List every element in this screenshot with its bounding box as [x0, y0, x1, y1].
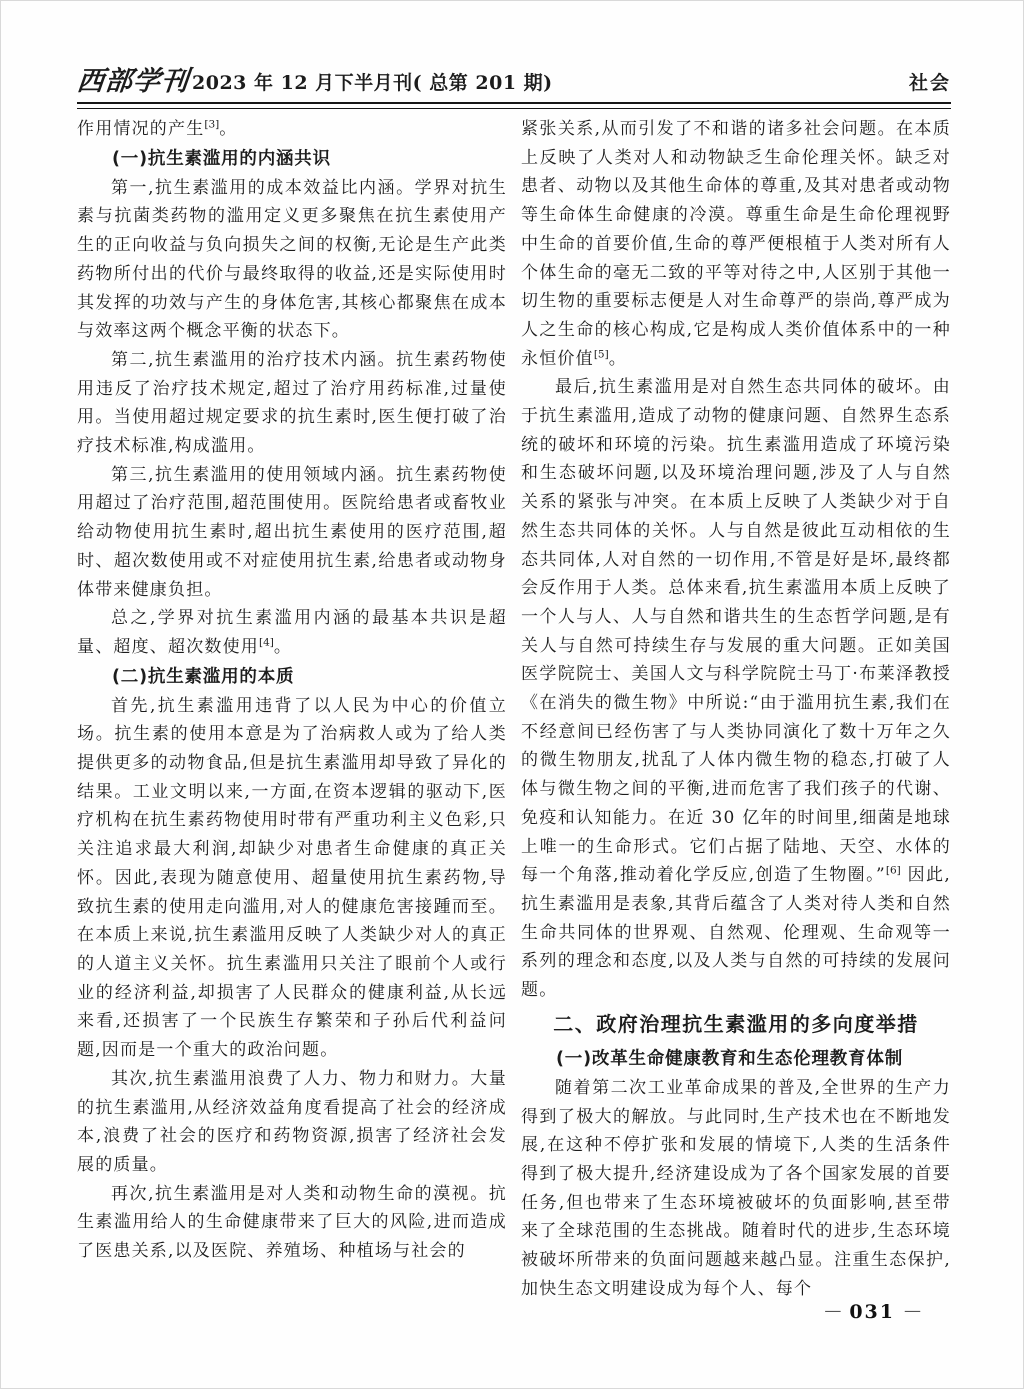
page-header: 西部学刊 2023 年 12 月下半月刊( 总第 201 期) 社会: [77, 61, 951, 95]
paragraph: 总之,学界对抗生素滥用内涵的最基本共识是超量、超度、超次数使用[4]。: [77, 604, 507, 661]
paragraph-continuation: 作用情况的产生[3]。: [77, 115, 507, 144]
article-body: 作用情况的产生[3]。(一)抗生素滥用的内涵共识第一,抗生素滥用的成本效益比内涵…: [77, 115, 951, 1303]
journal-masthead: 西部学刊 2023 年 12 月下半月刊( 总第 201 期): [77, 68, 553, 95]
issue-info: 2023 年 12 月下半月刊( 总第 201 期): [192, 73, 553, 95]
page-footer: —031—: [77, 1301, 951, 1323]
paragraph: 随着第二次工业革命成果的普及,全世界的生产力得到了极大的解放。与此同时,生产技术…: [521, 1074, 951, 1304]
citation-ref: [4]: [259, 636, 274, 648]
citation-ref: [6]: [886, 865, 901, 877]
page-number: 031: [849, 1301, 895, 1323]
paragraph: 第二,抗生素滥用的治疗技术内涵。抗生素药物使用违反了治疗技术规定,超过了治疗用药…: [77, 346, 507, 461]
header-rule: [77, 102, 951, 109]
sub-heading: (二)抗生素滥用的本质: [77, 662, 507, 692]
sub-heading: (一)改革生命健康教育和生态伦理教育体制: [521, 1044, 951, 1074]
footer-dash-left: —: [824, 1301, 840, 1321]
footer-dash-right: —: [904, 1301, 920, 1321]
paragraph: 再次,抗生素滥用是对人类和动物生命的漠视。抗生素滥用给人的生命健康带来了巨大的风…: [77, 1180, 507, 1266]
paragraph: 最后,抗生素滥用是对自然生态共同体的破坏。由于抗生素滥用,造成了动物的健康问题、…: [521, 373, 951, 1004]
citation-ref: [3]: [204, 118, 219, 130]
paragraph: 第一,抗生素滥用的成本效益比内涵。学界对抗生素与抗菌类药物的滥用定义更多聚焦在抗…: [77, 174, 507, 346]
right-column: 紧张关系,从而引发了不和谐的诸多社会问题。在本质上反映了人类对人和动物缺乏生命伦…: [521, 115, 951, 1303]
sub-heading: (一)抗生素滥用的内涵共识: [77, 144, 507, 174]
paragraph-continuation: 紧张关系,从而引发了不和谐的诸多社会问题。在本质上反映了人类对人和动物缺乏生命伦…: [521, 115, 951, 373]
journal-page: 西部学刊 2023 年 12 月下半月刊( 总第 201 期) 社会 作用情况的…: [0, 0, 1024, 1389]
journal-logo: 西部学刊: [76, 68, 191, 95]
citation-ref: [5]: [594, 348, 609, 360]
paragraph: 其次,抗生素滥用浪费了人力、物力和财力。大量的抗生素滥用,从经济效益角度看提高了…: [77, 1065, 507, 1180]
paragraph: 首先,抗生素滥用违背了以人民为中心的价值立场。抗生素的使用本意是为了治病救人或为…: [77, 692, 507, 1065]
section-heading: 二、政府治理抗生素滥用的多向度举措: [521, 1006, 951, 1043]
section-label: 社会: [909, 73, 951, 95]
left-column: 作用情况的产生[3]。(一)抗生素滥用的内涵共识第一,抗生素滥用的成本效益比内涵…: [77, 115, 507, 1303]
paragraph: 第三,抗生素滥用的使用领域内涵。抗生素药物使用超过了治疗范围,超范围使用。医院给…: [77, 461, 507, 605]
